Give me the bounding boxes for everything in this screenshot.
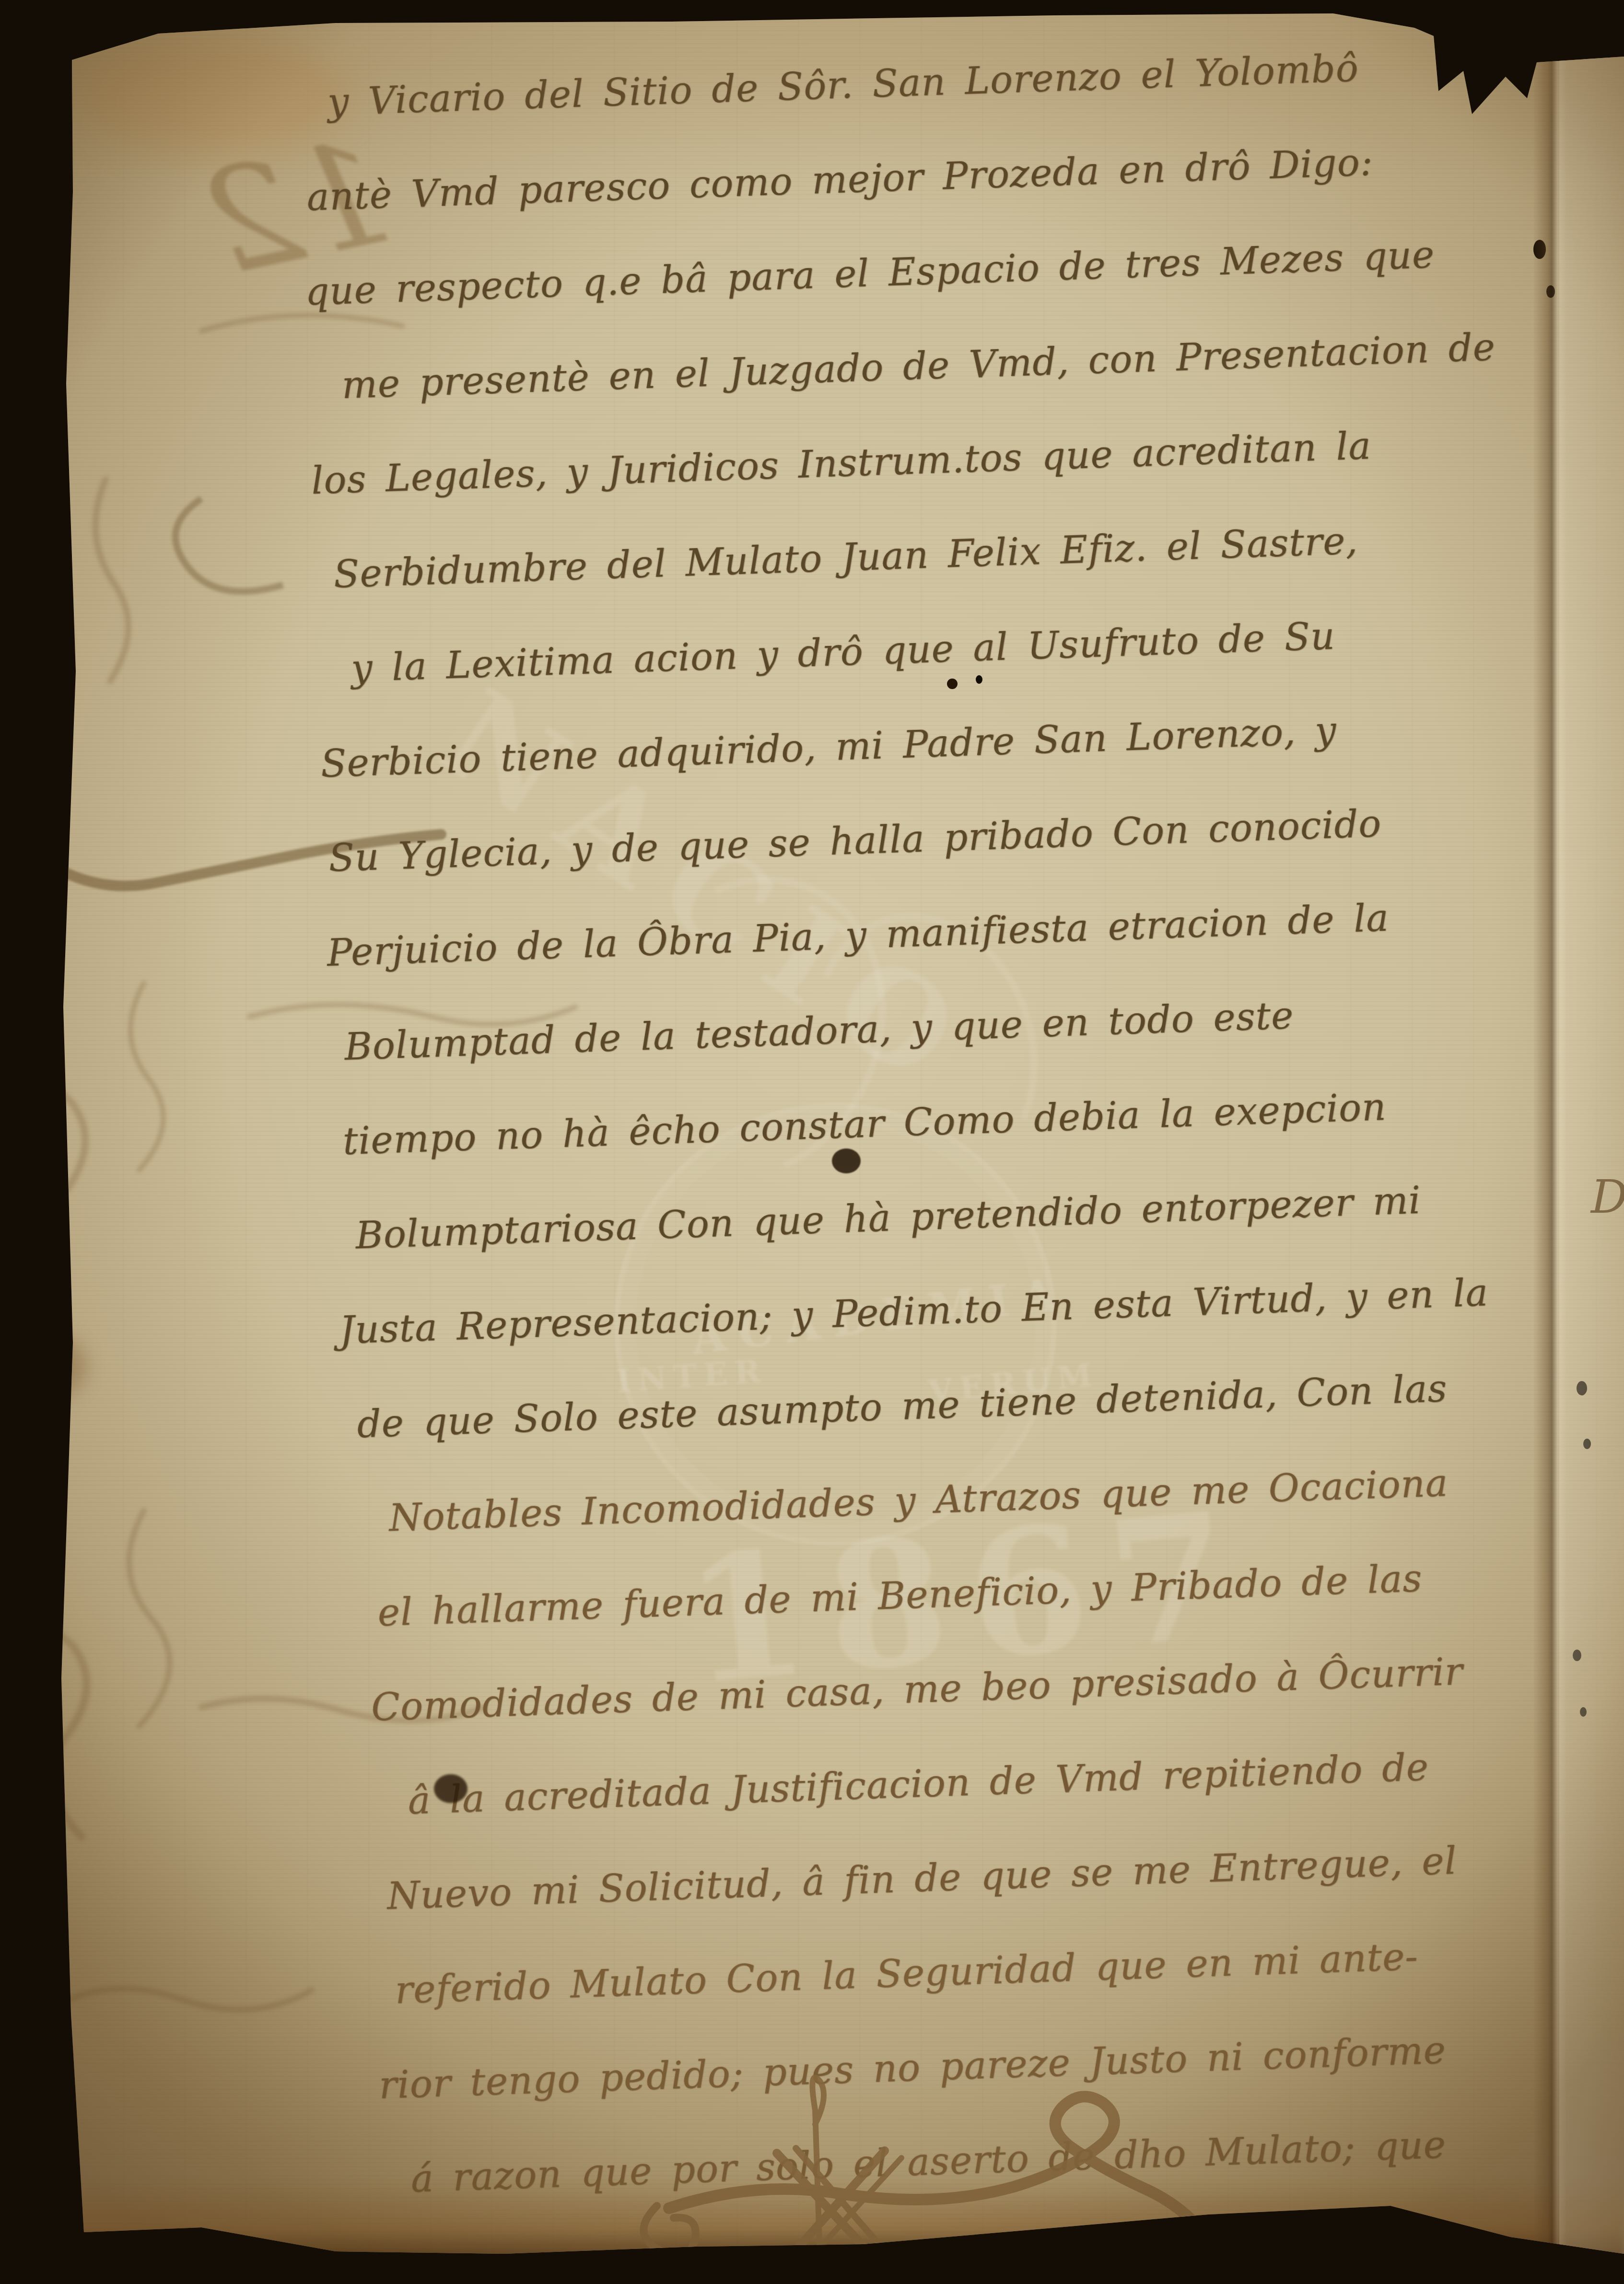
manuscript-text-block: y Vicario del Sitio de Sôr. San Lorenzo … — [297, 16, 1596, 2228]
paper-hole — [1546, 285, 1555, 298]
paper-hole — [1583, 1439, 1591, 1449]
manuscript-page: ACADEMIA INTER VERUM 1867 NACIO 12 — [0, 0, 1624, 2284]
paper-hole — [1577, 1381, 1587, 1395]
paper-hole — [1580, 1707, 1587, 1717]
adjacent-page-text: D — [1591, 1170, 1624, 1224]
paper-hole — [1533, 240, 1546, 259]
photograph-background: ACADEMIA INTER VERUM 1867 NACIO 12 — [0, 0, 1624, 2284]
ink-stain — [10, 1333, 86, 1400]
